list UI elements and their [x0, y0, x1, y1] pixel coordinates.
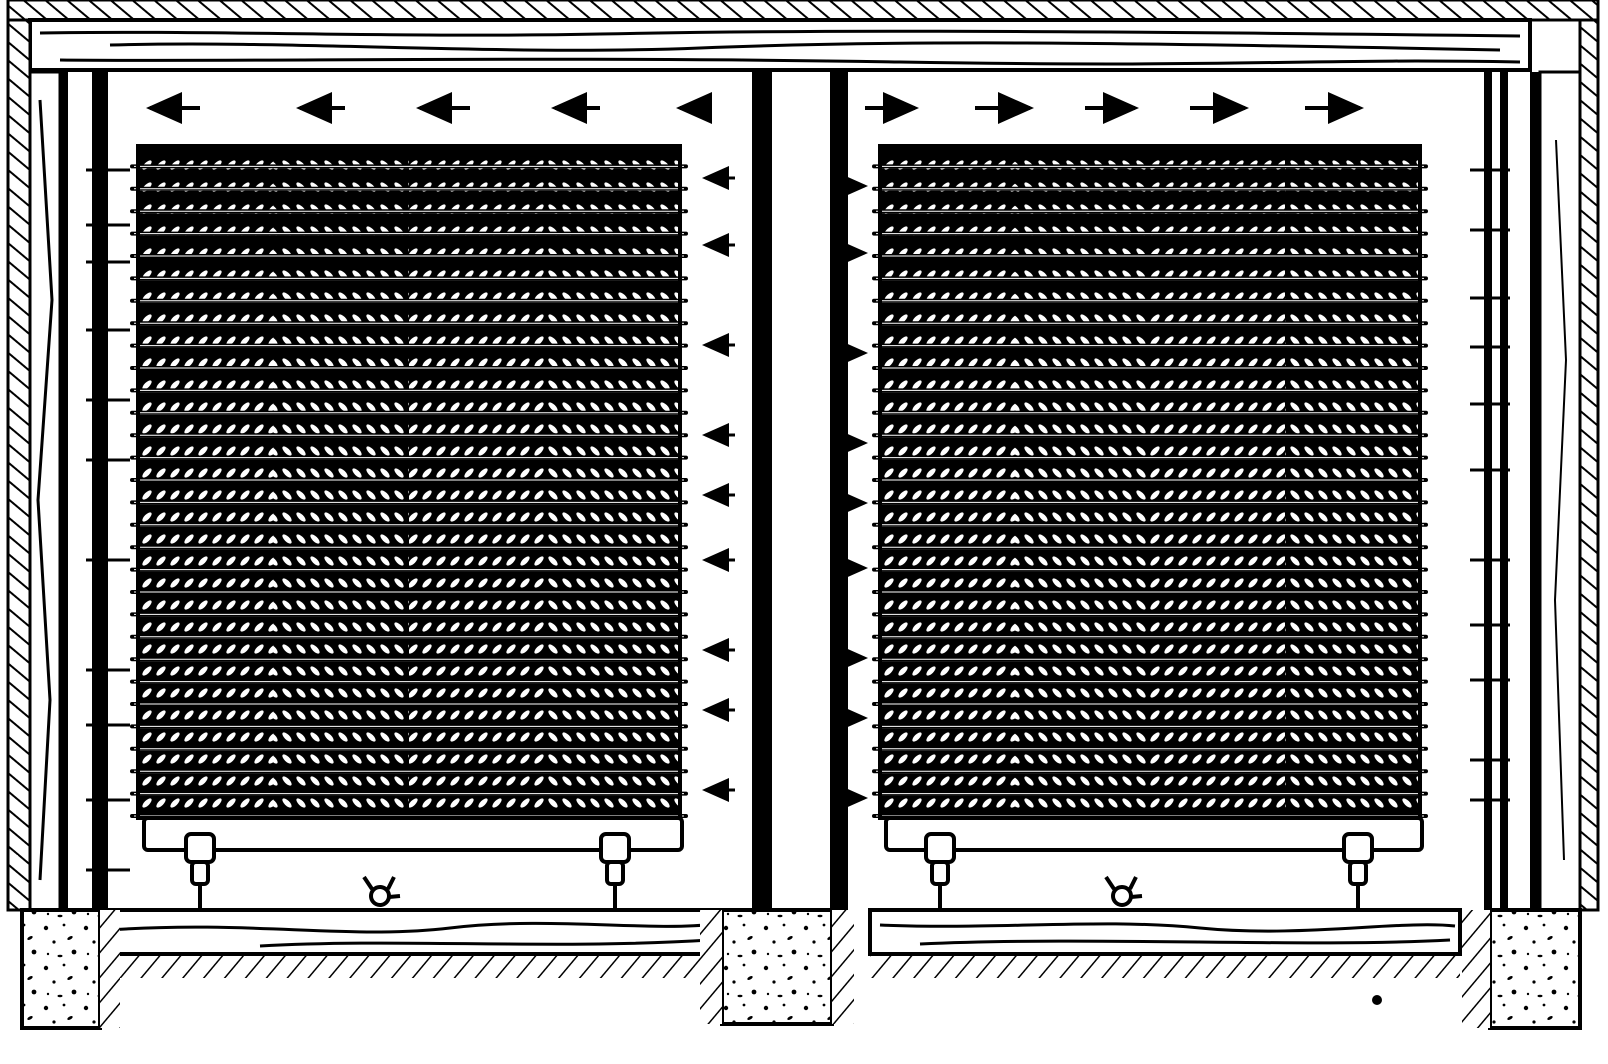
ink-dot	[1372, 995, 1382, 1005]
center-footing	[700, 910, 854, 1024]
right-chamber-stack	[872, 146, 1428, 818]
kiln-cross-section-figure	[0, 0, 1608, 1064]
wing-nut-icon	[1106, 877, 1142, 905]
left-footing	[22, 910, 120, 1028]
center-partition	[752, 72, 848, 910]
wing-nut-icon	[364, 877, 400, 905]
kiln-drawing	[0, 0, 1608, 1064]
roof	[8, 0, 1598, 70]
right-footing	[1462, 910, 1580, 1028]
left-wall	[8, 20, 108, 910]
left-chamber-cart	[144, 818, 682, 908]
right-wall	[1484, 20, 1598, 910]
right-floor-beam	[870, 910, 1460, 954]
cart-wheel-icon	[601, 834, 629, 908]
right-chamber-cart	[886, 818, 1422, 908]
cart-wheel-icon	[186, 834, 214, 908]
left-chamber-stack	[130, 146, 688, 818]
cart-wheel-icon	[1344, 834, 1372, 908]
cart-wheel-icon	[926, 834, 954, 908]
